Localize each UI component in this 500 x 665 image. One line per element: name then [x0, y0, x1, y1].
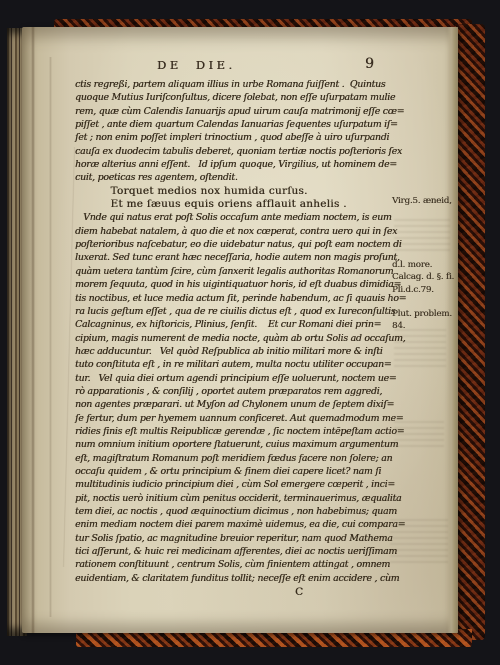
text-line: tur Solis ſpatio, ac magnitudine breuior…	[75, 532, 392, 545]
verse-quote: Torquet medios nox humida curſus.Et me ſ…	[75, 185, 397, 212]
book-cover-edge-right	[455, 24, 485, 640]
text-line: tis noctibus, et luce media actum ſit, p…	[75, 292, 392, 305]
book-page: DE DIE. 9 ctis regreßi, partem aliquam i…	[22, 27, 458, 633]
text-line: tur. Vel quia diei ortum agendi principi…	[75, 372, 392, 385]
text-line: Pli.d.c.79.	[392, 284, 458, 296]
text-line: occaſu quidem , & ortu principium & fine…	[75, 465, 392, 478]
text-line: rò apparationis , & conſilij , oportet a…	[75, 385, 392, 398]
text-line: poſterioribus naſcebatur, eo die uidebat…	[75, 238, 392, 251]
text-line: cipium, magis numerent de media nocte, q…	[75, 332, 392, 345]
text-line: tem diei, ac noctis , quod æquinoctium d…	[75, 505, 392, 518]
text-line: Torquet medios nox humida curſus.	[75, 185, 392, 198]
text-line: d.l. more.	[392, 259, 458, 271]
text-line: horæ alterius anni eſſent. Id ipſum quoq…	[75, 158, 392, 171]
text-line: enim mediam noctem diei parem maximè uid…	[75, 518, 392, 531]
text-line: pit, noctis uerò initium cùm penitus occ…	[75, 492, 392, 505]
text-line: tuto conſtituta eſt , in re militari aut…	[75, 358, 392, 371]
text-line: eſt, magiſtratum Romanum poſt meridiem f…	[75, 452, 392, 465]
page-crease	[63, 147, 76, 567]
text-line: Plut. problem.	[392, 308, 458, 320]
margin-note-virgil: Virg.5. æneid,	[392, 195, 458, 207]
running-title: DE DIE.	[157, 58, 236, 72]
text-line: euidentiam, & claritatem funditus tollit…	[75, 572, 392, 585]
text-line: piſſet , ante diem quartum Calendas Ianu…	[75, 118, 392, 131]
text-block: ctis regreßi, partem aliquam illius in u…	[75, 78, 397, 598]
photo-background: DE DIE. 9 ctis regreßi, partem aliquam i…	[0, 0, 500, 665]
text-line: Vnde qui natus erat poſt Solis occaſum a…	[75, 211, 392, 224]
text-line: cuit, poeticas res agentem, oſtendit.	[75, 171, 392, 184]
gutter-crease	[49, 57, 52, 617]
margin-note-legal-citations: d.l. more.Calcag. d. §. fi.Pli.d.c.79.	[392, 259, 458, 296]
text-line: morem ſequuta, quod in his uigintiquatuo…	[75, 278, 392, 291]
gutter-crease	[31, 27, 35, 633]
text-line: ridies finis eſt multis Reipublicæ geren…	[75, 425, 392, 438]
text-line: ſe fertur, dum per hyemem uannum confice…	[75, 412, 392, 425]
text-line: Et me ſæuus equis oriens afflauit anheli…	[75, 198, 392, 211]
text-line: rationem conſtituunt , centrum Solis, cù…	[75, 558, 392, 571]
text-line: cauſa ex duodecim tabulis deberet, quoni…	[75, 145, 392, 158]
text-line: diem habebat natalem, à quo die et nox c…	[75, 225, 392, 238]
margin-note-plutarch: Plut. problem.84.	[392, 308, 458, 333]
text-line: hæc adducuntur. Vel quòd Reſpublica ab i…	[75, 345, 392, 358]
text-line: num omnium initium oportere ſtatuerunt, …	[75, 438, 392, 451]
text-line: ctis regreßi, partem aliquam illius in u…	[75, 78, 392, 91]
text-line: multitudinis iudicio principium diei , c…	[75, 478, 392, 491]
show-through-text	[394, 215, 450, 251]
text-line: Virg.5. æneid,	[392, 195, 458, 207]
catchword: C	[295, 586, 397, 598]
paragraph-2: Vnde qui natus erat poſt Solis occaſum a…	[75, 211, 397, 585]
text-line: tici aſſerunt, & huic rei medicinam affe…	[75, 545, 392, 558]
text-line: Calcagninus, ex hiſtoricis, Plinius, ſen…	[75, 318, 392, 331]
text-line: non agentes præparari. ut Myſon ad Chylo…	[75, 398, 392, 411]
text-line: ſet ; non enim poſſet impleri trinoctium…	[75, 131, 392, 144]
text-line: quoque Mutius Iuriſconſultus, dicere ſol…	[75, 91, 392, 104]
page-header: DE DIE. 9	[75, 58, 405, 74]
text-line: ra lucis geſtum eſſet , qua de re ciuili…	[75, 305, 392, 318]
page-number: 9	[365, 56, 374, 72]
text-line: luxerat. Sed tunc erant hæc neceſſaria, …	[75, 251, 392, 264]
text-line: Calcag. d. §. fi.	[392, 271, 458, 283]
text-line: rem, quæ cùm Calendis Ianuarijs apud uir…	[75, 105, 392, 118]
text-line: quàm uetera tantùm ſcire, cùm ſanxerit l…	[75, 265, 392, 278]
paragraph-continuation: ctis regreßi, partem aliquam illius in u…	[75, 78, 397, 185]
text-line: 84.	[392, 320, 458, 332]
